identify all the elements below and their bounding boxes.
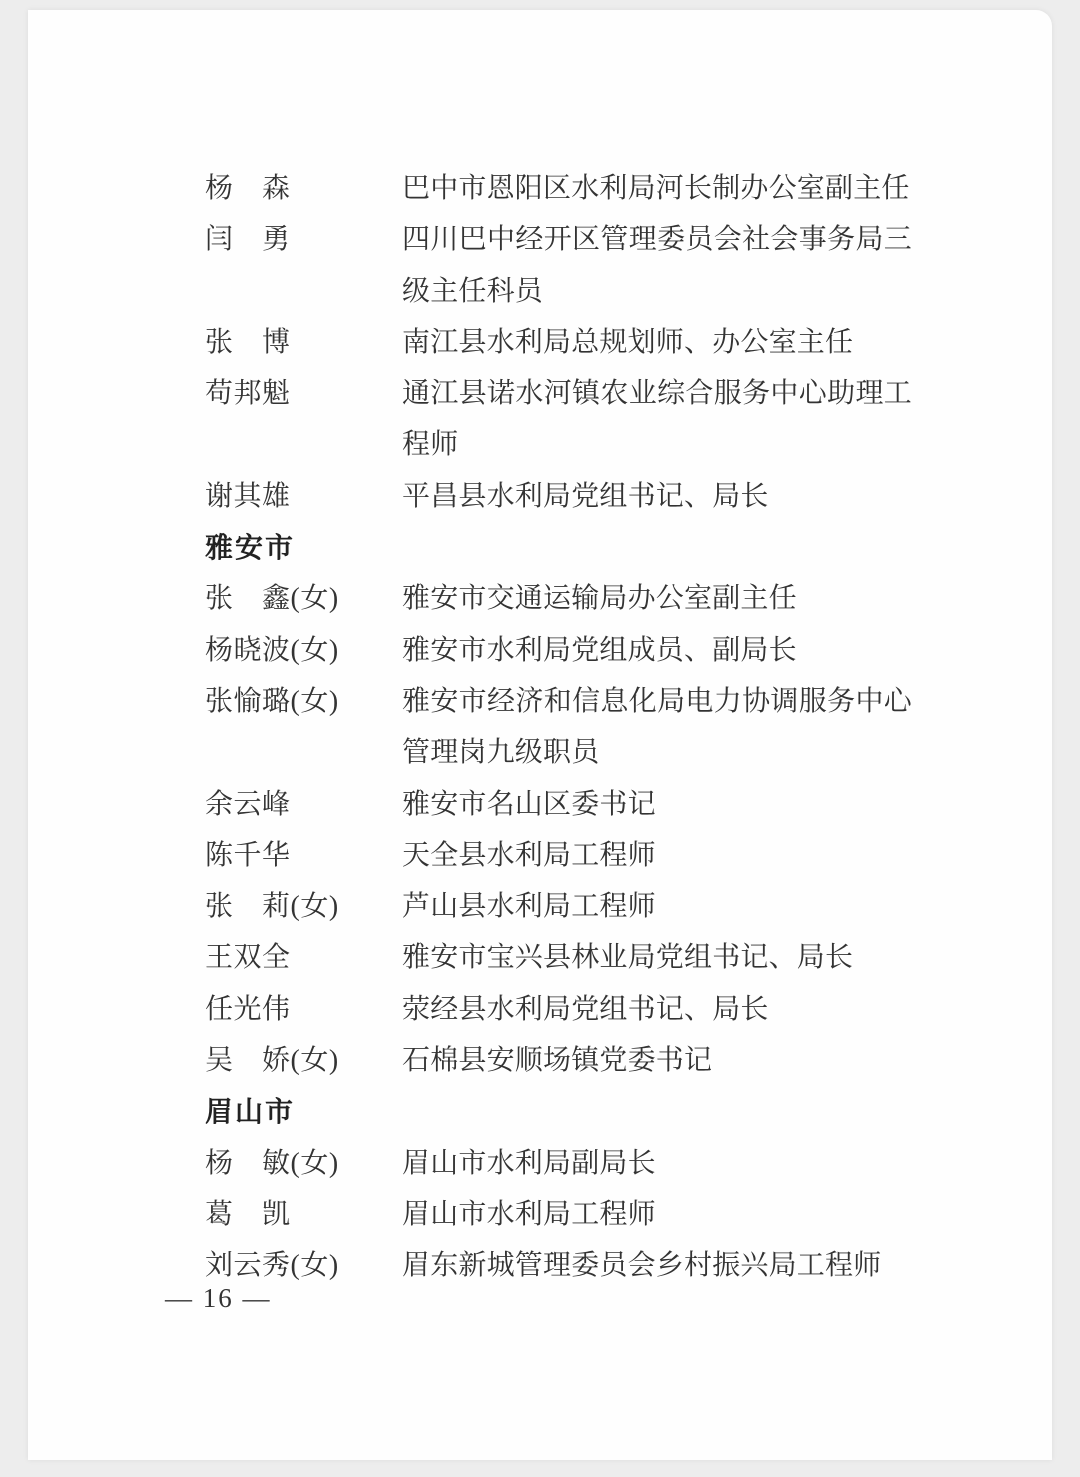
person-name: 杨 敏(女) (205, 1138, 402, 1189)
city-section-header: 雅安市 (205, 522, 917, 573)
person-title: 雅安市宝兴县林业局党组书记、局长 (402, 932, 912, 983)
person-name: 张 博 (205, 317, 402, 368)
person-title: 眉山市水利局副局长 (402, 1138, 912, 1189)
person-name: 吴 娇(女) (205, 1035, 402, 1086)
person-title: 眉东新城管理委员会乡村振兴局工程师 (402, 1240, 912, 1291)
roster-entry: 张 鑫(女) 雅安市交通运输局办公室副主任 (205, 573, 917, 624)
person-name: 张愉璐(女) (205, 676, 402, 727)
person-name: 张 鑫(女) (205, 573, 402, 624)
roster-entry: 张 博 南江县水利局总规划师、办公室主任 (205, 317, 917, 368)
person-title: 雅安市交通运输局办公室副主任 (402, 573, 912, 624)
roster-entry: 陈千华 天全县水利局工程师 (205, 830, 917, 881)
person-title: 芦山县水利局工程师 (402, 881, 912, 932)
person-name: 任光伟 (205, 984, 402, 1035)
person-title: 眉山市水利局工程师 (402, 1189, 912, 1240)
roster-entry: 刘云秀(女) 眉东新城管理委员会乡村振兴局工程师 (205, 1240, 917, 1291)
roster-entry: 杨 敏(女) 眉山市水利局副局长 (205, 1138, 917, 1189)
roster-entry: 苟邦魁 通江县诺水河镇农业综合服务中心助理工程师 (205, 368, 917, 471)
page-number: — 16 — (165, 1282, 272, 1314)
person-title: 平昌县水利局党组书记、局长 (402, 471, 912, 522)
person-title: 雅安市名山区委书记 (402, 779, 912, 830)
person-title: 石棉县安顺场镇党委书记 (402, 1035, 912, 1086)
person-title: 巴中市恩阳区水利局河长制办公室副主任 (402, 163, 912, 214)
roster-entry: 任光伟 荥经县水利局党组书记、局长 (205, 984, 917, 1035)
roster-entry: 王双全 雅安市宝兴县林业局党组书记、局长 (205, 932, 917, 983)
roster-entry: 张 莉(女) 芦山县水利局工程师 (205, 881, 917, 932)
roster-entry: 张愉璐(女) 雅安市经济和信息化局电力协调服务中心管理岗九级职员 (205, 676, 917, 779)
roster-entry: 杨 森 巴中市恩阳区水利局河长制办公室副主任 (205, 163, 917, 214)
person-name: 张 莉(女) (205, 881, 402, 932)
roster-entry: 谢其雄 平昌县水利局党组书记、局长 (205, 471, 917, 522)
person-name: 陈千华 (205, 830, 402, 881)
roster-entry: 吴 娇(女) 石棉县安顺场镇党委书记 (205, 1035, 917, 1086)
roster-entry: 闫 勇 四川巴中经开区管理委员会社会事务局三级主任科员 (205, 214, 917, 317)
person-title: 四川巴中经开区管理委员会社会事务局三级主任科员 (402, 214, 912, 317)
roster-list: 杨 森 巴中市恩阳区水利局河长制办公室副主任 闫 勇 四川巴中经开区管理委员会社… (205, 163, 917, 1292)
person-name: 谢其雄 (205, 471, 402, 522)
roster-entry: 葛 凯 眉山市水利局工程师 (205, 1189, 917, 1240)
document-page: 杨 森 巴中市恩阳区水利局河长制办公室副主任 闫 勇 四川巴中经开区管理委员会社… (28, 10, 1052, 1460)
person-title: 通江县诺水河镇农业综合服务中心助理工程师 (402, 368, 912, 471)
roster-entry: 余云峰 雅安市名山区委书记 (205, 779, 917, 830)
person-name: 王双全 (205, 932, 402, 983)
person-name: 杨 森 (205, 163, 402, 214)
person-title: 雅安市水利局党组成员、副局长 (402, 625, 912, 676)
person-title: 荥经县水利局党组书记、局长 (402, 984, 912, 1035)
person-title: 南江县水利局总规划师、办公室主任 (402, 317, 912, 368)
roster-entry: 杨晓波(女) 雅安市水利局党组成员、副局长 (205, 625, 917, 676)
person-name: 闫 勇 (205, 214, 402, 265)
person-title: 雅安市经济和信息化局电力协调服务中心管理岗九级职员 (402, 676, 912, 779)
city-section-header: 眉山市 (205, 1086, 917, 1137)
person-name: 杨晓波(女) (205, 625, 402, 676)
person-title: 天全县水利局工程师 (402, 830, 912, 881)
person-name: 苟邦魁 (205, 368, 402, 419)
person-name: 葛 凯 (205, 1189, 402, 1240)
person-name: 余云峰 (205, 779, 402, 830)
